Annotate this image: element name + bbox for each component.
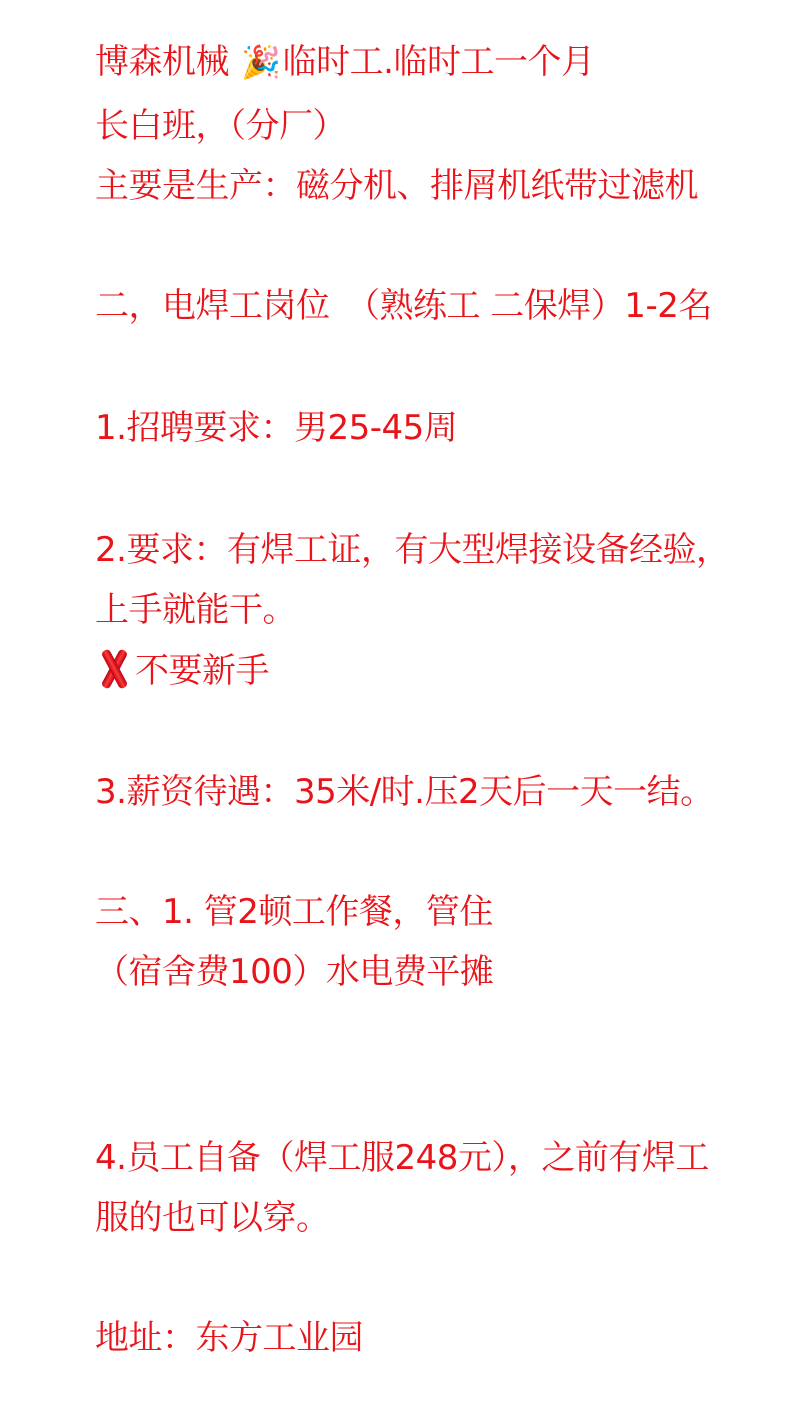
no-beginners-line: 不要新手 (95, 648, 269, 693)
dorm-fee-line: （宿舍费100）水电费平摊 (95, 950, 493, 994)
job-posting-document: 博森机械 🎉临时工.临时工一个月 长白班，（分厂） 主要是生产：磁分机、排屑机纸… (0, 0, 800, 1422)
age-requirement: 1.招聘要求：男25-45周 (95, 406, 457, 450)
salary-line: 3.薪资待遇：35米/时.压2天后一天一结。 (95, 770, 714, 814)
company-name: 博森机械 (95, 42, 229, 82)
benefits-line: 三、1. 管2顿工作餐，管住 (95, 890, 493, 934)
no-beginners-text: 不要新手 (135, 651, 269, 691)
cross-mark-icon (95, 648, 133, 688)
position-heading: 二，电焊工岗位 （熟练工 二保焊）1-2名 (95, 284, 712, 328)
company-title-line: 博森机械 🎉临时工.临时工一个月 (95, 40, 594, 84)
party-popper-icon: 🎉 (241, 40, 280, 84)
shift-line: 长白班，（分厂） (95, 104, 346, 148)
products-line: 主要是生产：磁分机、排屑机纸带过滤机 (95, 164, 698, 208)
address-line: 地址：东方工业园 (95, 1316, 363, 1360)
uniform-line: 4.员工自备（焊工服248元），之前有焊工 (95, 1136, 709, 1180)
skill-requirement: 2.要求：有焊工证，有大型焊接设备经验， (95, 528, 729, 572)
job-type: 临时工.临时工一个月 (283, 42, 595, 82)
skill-requirement-cont: 上手就能干。 (95, 588, 296, 632)
uniform-line-cont: 服的也可以穿。 (95, 1196, 330, 1240)
